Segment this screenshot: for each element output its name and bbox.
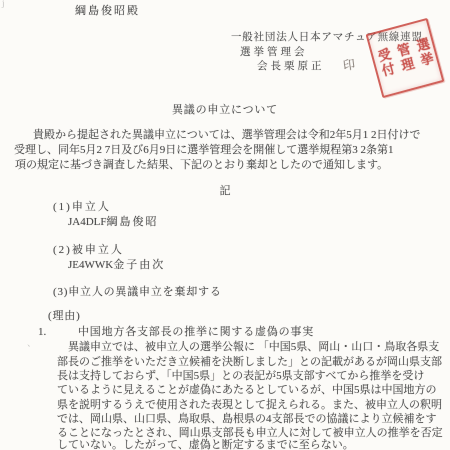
- callsign: JA4DLF: [68, 216, 107, 228]
- item-3-label: (3)申立人の異議申立を棄却する: [53, 286, 222, 299]
- person-name: 綱島俊昭: [107, 216, 159, 228]
- item-2-label: (2)被申立人: [53, 244, 124, 257]
- scan-artifact: 、: [27, 336, 36, 349]
- item-2-value: JE4WWK金子由次: [68, 259, 165, 272]
- body-line: 項の規定に基づき調査した結果、下記のとおり棄却としたので通知します。: [15, 159, 388, 172]
- reason-number: 1.: [38, 326, 46, 339]
- sender-chairperson: 会長栗原正: [257, 60, 325, 73]
- chairperson-hanko-seal: 印: [342, 55, 356, 74]
- scan-artifact: j: [2, 0, 5, 8]
- item-1-value: JA4DLF綱島俊昭: [68, 216, 159, 229]
- reason-line: ているように見えることが虚偽にあたるとしているが、中国5県は中国地方の: [57, 384, 437, 397]
- reason-heading: 中国地方各支部長の推挙に関する虚偽の事実: [78, 326, 314, 339]
- reason-line: 部長のご推挙をいただき立候補を決断しました」との記載があるが岡山県支部: [57, 356, 442, 369]
- reason-line: していない。したがって、虚偽と断定するまでに至らない。: [57, 439, 354, 450]
- subject-title: 異議の申立について: [0, 104, 450, 117]
- scanned-letter-page: j 、 綱島俊昭殿 一般社団法人日本アマチュア無線連盟 選挙管理会 会長栗原正 …: [0, 0, 450, 450]
- item-1-label: (1)申立人: [53, 201, 111, 214]
- sender-department: 選挙管理会: [240, 46, 308, 59]
- body-line: 貴殿から提起された異議申立については、選挙管理会は令和2年5月1 2日付けで: [33, 129, 421, 142]
- red-receipt-stamp: 選挙 管理 受付: [366, 18, 445, 98]
- record-marker: 記: [0, 185, 450, 198]
- addressee: 綱島俊昭殿: [75, 5, 140, 18]
- callsign: JE4WWK: [68, 259, 113, 271]
- reason-line: 県を説明するうえで使用された表現として捉えられる。また、被申立人の釈明: [57, 399, 442, 412]
- body-line: 受理し、同年5月2 7日及び6月9日に選挙管理会を開催して選挙規程第3 2条第1: [14, 144, 394, 157]
- person-name: 金子由次: [113, 259, 165, 271]
- reason-line: 長は支持しておらず、「中国5県」との表記が5県支部すべてから推挙を受け: [57, 370, 424, 383]
- reason-line: 異議申立では、被申立人の選挙公報に 「中国5県、岡山・山口・鳥取各県支: [68, 341, 439, 354]
- reason-section-label: (理由): [48, 310, 81, 323]
- reason-line: では、岡山県、山口県、鳥取県、島根県の4支部長での協議により立候補をす: [57, 413, 437, 426]
